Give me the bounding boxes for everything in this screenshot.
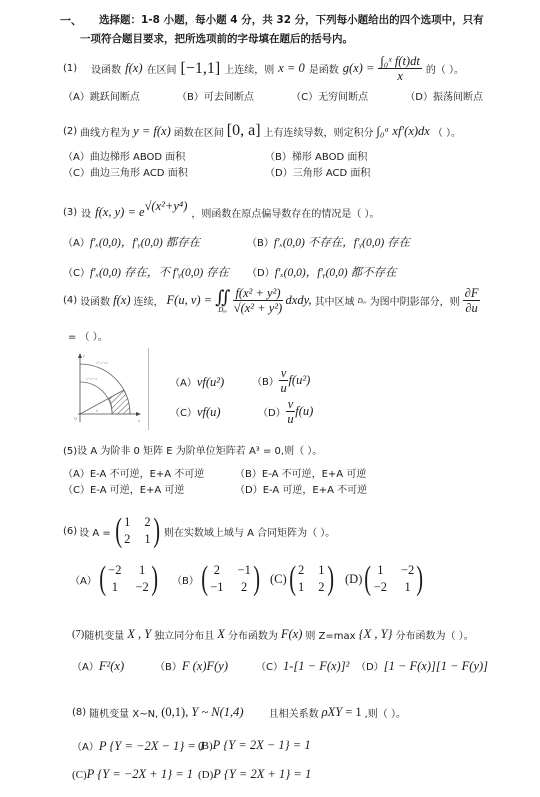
option-a[interactable]: （A） (−211−2) bbox=[70, 562, 160, 596]
option-a[interactable]: （A）跳跃间断点 bbox=[63, 88, 140, 103]
svg-text:x: x bbox=[138, 418, 140, 423]
section-instructions-line1: 选择题：1-8 小题，每小题 4 分，共 32 分，下列每小题给出的四个选项中，… bbox=[99, 12, 484, 27]
option-b[interactable]: （B） vu f(u²) bbox=[252, 366, 310, 395]
svg-text:x²+y²=u²: x²+y²=u² bbox=[96, 361, 108, 365]
option-d[interactable]: （D）三角形 ACD 面积 bbox=[265, 164, 370, 179]
option-c[interactable]: （C）1-[1 − F(x)]² bbox=[256, 658, 349, 674]
integrand-fraction: f(x² + y²) √(x² + y²) bbox=[233, 286, 282, 315]
svg-text:O: O bbox=[74, 416, 77, 421]
svg-text:x²+y²=1: x²+y²=1 bbox=[86, 377, 98, 381]
question-6-stem: (6) 设 A = (1221) 则在实数域上域与 A 合同矩阵为（ ）。 bbox=[63, 514, 335, 548]
question-5-stem: (5)设 A 为阶非 0 矩阵 E 为阶单位矩阵若 A³ = 0,则（ ）。 bbox=[63, 442, 322, 457]
option-b[interactable]: （B）梯形 ABOD 面积 bbox=[265, 148, 367, 163]
option-a[interactable]: （A）E-A 不可逆，E+A 不可逆 bbox=[63, 465, 204, 480]
option-b[interactable]: （B）E-A 不可逆，E+A 可逆 bbox=[235, 465, 366, 480]
option-b[interactable]: （B）f′ₓ(0,0) 不存在，f′ᵧ(0,0) 存在 bbox=[247, 234, 410, 250]
matrix-a: (1221) bbox=[113, 514, 162, 548]
double-integral: ∬ Dᵤᵥ bbox=[215, 288, 230, 314]
shaded-region bbox=[109, 390, 130, 414]
option-c[interactable]: (C)P {Y = −2X + 1} = 1 bbox=[72, 767, 193, 782]
option-d[interactable]: （D） vu f(u) bbox=[258, 397, 313, 426]
option-a[interactable]: （A）f′ₓ(0,0)，f′ᵧ(0,0) 都存在 bbox=[63, 234, 200, 250]
svg-text:y: y bbox=[83, 353, 85, 358]
option-b[interactable]: (B)P {Y = 2X − 1} = 1 bbox=[198, 738, 311, 753]
option-d[interactable]: (D) (1−2−21) bbox=[345, 562, 426, 596]
option-d[interactable]: （D）f′ₓ(0,0)，f′ᵧ(0,0) 都不存在 bbox=[247, 264, 397, 280]
question-4-equals: = （ ）。 bbox=[68, 328, 108, 343]
option-a[interactable]: （A）曲边梯形 ABOD 面积 bbox=[63, 148, 185, 163]
partial-derivative: ∂F ∂u bbox=[463, 286, 481, 315]
section-instructions-line2: 一项符合题目要求，把所选项前的字母填在题后的括号内。 bbox=[80, 31, 353, 46]
question-2-stem: (2) 曲线方程为 y = f(x) 函数在区间 [0, a] 上有连续导数，则… bbox=[63, 122, 461, 140]
option-c[interactable]: （C）无穷间断点 bbox=[291, 88, 368, 103]
option-c[interactable]: （C）曲边三角形 ACD 面积 bbox=[63, 164, 188, 179]
option-c[interactable]: （C）vf(u) bbox=[170, 404, 221, 420]
option-b[interactable]: （B）可去间断点 bbox=[177, 88, 254, 103]
question-number: (1) bbox=[63, 63, 77, 74]
option-d[interactable]: （D）振荡间断点 bbox=[405, 88, 483, 103]
option-d[interactable]: （D）[1 − F(x)][1 − F(y)] bbox=[356, 658, 488, 674]
option-c[interactable]: (C) (2112) bbox=[270, 562, 336, 596]
option-a[interactable]: （A）vf(u²) bbox=[170, 374, 224, 390]
option-c[interactable]: （C）E-A 可逆，E+A 可逆 bbox=[63, 481, 184, 496]
question-7-stem: (7) 随机变量 X , Y 独立同分布且 X 分布函数为 F(x) 则 Z=m… bbox=[72, 627, 474, 642]
question-8-stem: (8) 随机变量 X~N, (0,1), Y ~ N(1,4) 且相关系数 ρX… bbox=[72, 705, 406, 720]
region-diagram: y x O x²+y²=u² x²+y²=1 v bbox=[68, 350, 144, 426]
option-b[interactable]: （B） (2−1−12) bbox=[172, 562, 262, 596]
question-3-stem: (3) 设 f(x, y) = e√(x²+y⁴) ，则函数在原点偏导数存在的情… bbox=[63, 205, 380, 220]
option-a[interactable]: （A）F²(x) bbox=[72, 658, 124, 674]
option-d[interactable]: （D）E-A 可逆，E+A 不可逆 bbox=[235, 481, 367, 496]
option-a[interactable]: （A）P {Y = −2X − 1} = 1 bbox=[72, 738, 205, 754]
question-4-stem: (4) 设函数 f(x) 连续， F(u, v) = ∬ Dᵤᵥ f(x² + … bbox=[63, 286, 480, 315]
section-number: 一、 bbox=[60, 12, 82, 28]
question-1-stem: (1) 设函数 f(x) 在区间 [−1,1] 上连续，则 x = 0 是函数 … bbox=[63, 54, 464, 83]
question-1-options: （A）跳跃间断点 （B）可去间断点 （C）无穷间断点 （D）振荡间断点 bbox=[63, 88, 483, 103]
svg-text:v: v bbox=[96, 408, 98, 413]
figure-divider bbox=[148, 348, 149, 430]
option-c[interactable]: （C）f′ₓ(0,0) 存在，不 f′ᵧ(0,0) 存在 bbox=[63, 264, 229, 280]
option-d[interactable]: (D)P {Y = 2X + 1} = 1 bbox=[198, 767, 311, 782]
g-fraction: ∫₀ˣ f(t)dt x bbox=[378, 54, 421, 83]
option-b[interactable]: （B）F (x)F(y) bbox=[155, 658, 228, 674]
